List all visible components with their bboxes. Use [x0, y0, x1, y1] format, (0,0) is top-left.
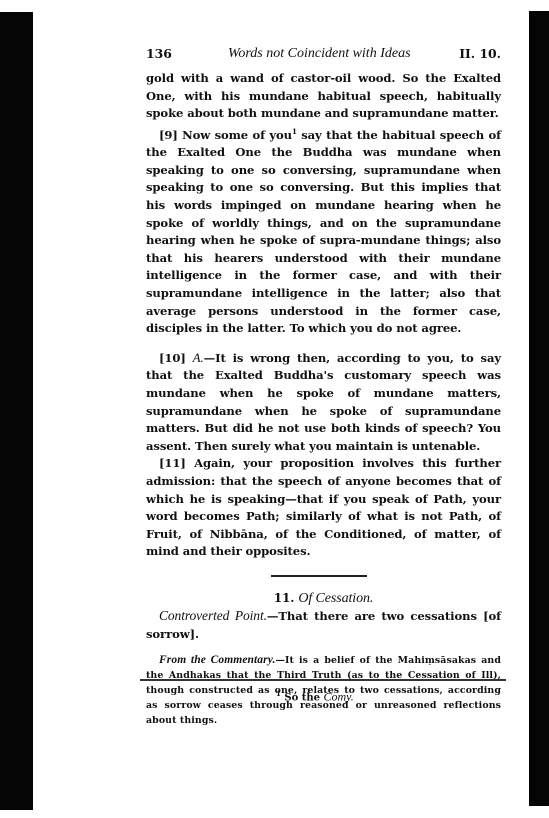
running-head: 136 Words not Coincident with Ideas II. …: [146, 46, 501, 66]
main-text: gold with a wand of castor-oil wood. So …: [146, 70, 501, 644]
controverted-label: Controverted Point.: [159, 608, 267, 623]
running-title: Words not Coincident with Ideas: [228, 46, 411, 62]
footnote: 1 So the Comy.: [276, 689, 354, 704]
paragraph-text: —It is wrong then, according to you, to …: [146, 351, 501, 453]
section-number: 11.: [274, 591, 295, 605]
section-reference: II. 10.: [459, 46, 501, 61]
speaker-label: A.: [193, 350, 204, 365]
commentary-label: From the Commentary.: [159, 654, 276, 666]
scan-edge-right: [529, 11, 549, 806]
paragraph-text: say that the habitual speech of the Exal…: [146, 128, 501, 336]
book-page: 136 Words not Coincident with Ideas II. …: [146, 46, 501, 737]
section-heading: 11. Of Cessation.: [146, 590, 501, 608]
paragraph-10: [10] A.—It is wrong then, according to y…: [146, 349, 501, 456]
section-title: Of Cessation.: [298, 591, 373, 606]
footnote-abbrev: Comy.: [323, 689, 353, 703]
footnote-text: So the: [281, 692, 324, 703]
footnote-rule: [140, 679, 506, 681]
paragraph-number: [9]: [159, 128, 178, 142]
scan-edge-left: [0, 12, 33, 810]
paragraph-continuation: gold with a wand of castor-oil wood. So …: [146, 70, 501, 123]
paragraph-text: Again, your proposition involves this fu…: [146, 456, 501, 558]
paragraph-9: [9] Now some of you1 say that the habitu…: [146, 123, 501, 338]
page-number: 136: [146, 46, 172, 61]
controverted-point: Controverted Point.—That there are two c…: [146, 607, 501, 643]
paragraph-number: [11]: [159, 456, 186, 470]
paragraph-text: Now some of you: [178, 128, 292, 142]
section-divider: [271, 575, 367, 577]
paragraph-11: [11] Again, your proposition involves th…: [146, 455, 501, 561]
paragraph-number: [10]: [159, 351, 186, 365]
